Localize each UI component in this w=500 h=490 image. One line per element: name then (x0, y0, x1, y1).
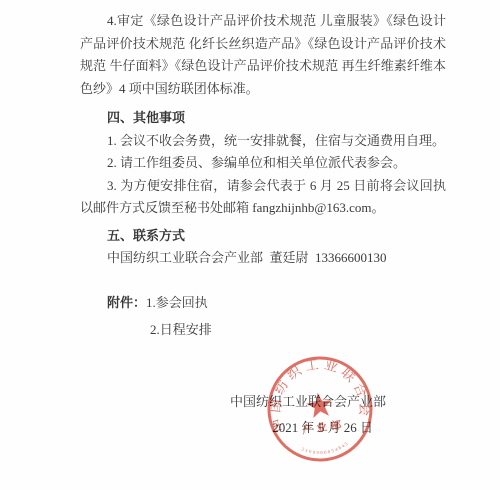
contact-phone: 13366600130 (315, 250, 387, 265)
attachment-item-1: 附件：1.参会回执 (80, 292, 446, 315)
contact-org: 中国纺织工业联合会产业部 (107, 250, 263, 265)
signature-date: 2021 年 5 月 26 日 (80, 417, 446, 440)
attachment-item-2: 2.日程安排 (80, 319, 446, 342)
contact-info-line: 中国纺织工业联合会产业部 董廷尉 13366600130 (80, 247, 446, 270)
other-matters-item-3: 3. 为方便安排住宿，请参会代表于 6 月 25 日前将会议回执以邮件方式反馈至… (80, 175, 446, 220)
section-heading-other-matters: 四、其他事项 (80, 107, 446, 130)
contact-name: 董廷尉 (270, 250, 309, 265)
section-heading-contact: 五、联系方式 (80, 225, 446, 248)
document-body: 4.审定《绿色设计产品评价技术规范 儿童服装》《绿色设计产品评价技术规范 化纤长… (80, 10, 446, 440)
signature-block: 中国纺织工业联合会产业部 2021 年 5 月 26 日 (80, 391, 446, 440)
other-matters-item-2: 2. 请工作组委员、参编单位和相关单位派代表参会。 (80, 152, 446, 175)
seal-serial-number: 2100000054845 (300, 440, 350, 458)
other-matters-item-1: 1. 会议不收会务费，统一安排就餐，住宿与交通费用自理。 (80, 130, 446, 153)
attachment-item-1-text: 1.参会回执 (146, 295, 208, 310)
signature-org: 中国纺织工业联合会产业部 (80, 391, 446, 414)
scanned-notice-page: 4.审定《绿色设计产品评价技术规范 儿童服装》《绿色设计产品评价技术规范 化纤长… (0, 0, 500, 490)
paragraph-standards-approval: 4.审定《绿色设计产品评价技术规范 儿童服装》《绿色设计产品评价技术规范 化纤长… (80, 10, 446, 100)
attachments-label: 附件： (107, 295, 146, 310)
attachments-block: 附件：1.参会回执 2.日程安排 (80, 292, 446, 342)
